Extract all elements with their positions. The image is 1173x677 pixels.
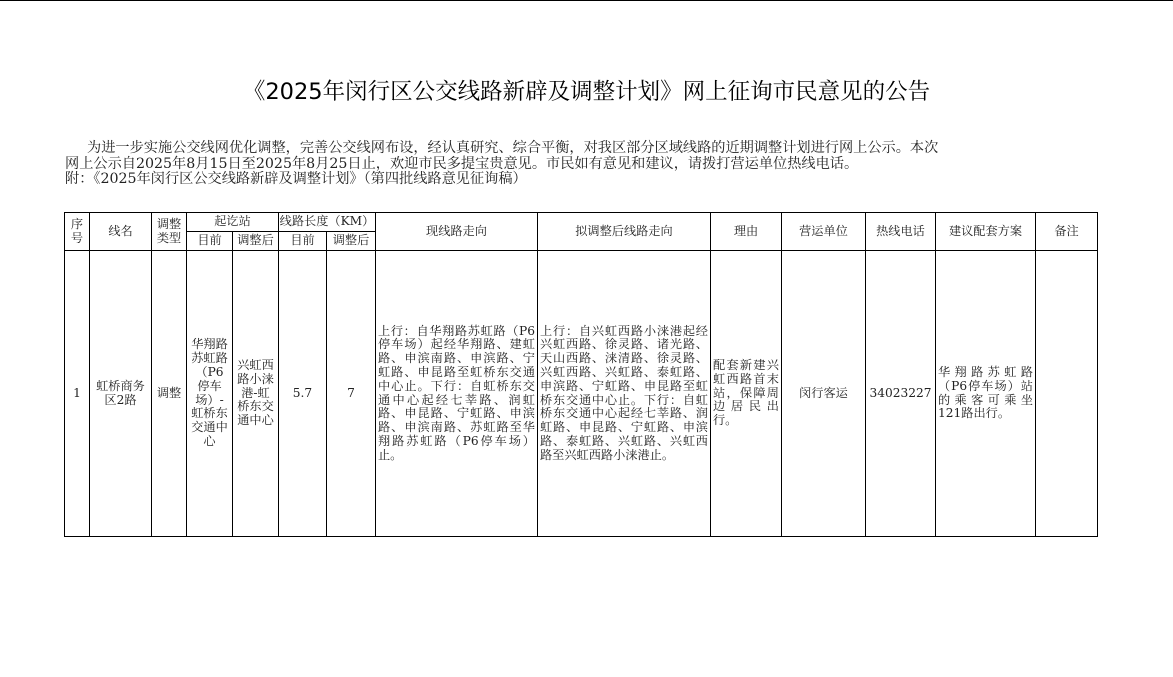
page-top-border: [0, 0, 1173, 1]
table-row: 1 虹桥商务区2路 调整 华翔路苏虹路（P6停车场）-虹桥东交通中心 兴虹西路小…: [65, 251, 1098, 537]
header-terminals-after: 调整后: [233, 232, 279, 251]
cell-suggestion: 华翔路苏虹路（P6停车场）站的乘客可乘坐121路出行。: [936, 251, 1036, 537]
cell-length-after: 7: [327, 251, 376, 537]
header-proposed-route: 拟调整后线路走向: [538, 213, 711, 251]
cell-length-current: 5.7: [279, 251, 327, 537]
header-length-current: 目前: [279, 232, 327, 251]
header-reason: 理由: [711, 213, 782, 251]
cell-adjust-type: 调整: [152, 251, 187, 537]
header-line-name: 线名: [90, 213, 152, 251]
document-title: 《2025年闵行区公交线路新辟及调整计划》网上征询市民意见的公告: [0, 74, 1173, 106]
cell-operator: 闵行客运: [782, 251, 866, 537]
header-seq: 序号: [65, 213, 90, 251]
header-terminals: 起讫站: [187, 213, 279, 232]
cell-line-name: 虹桥商务区2路: [90, 251, 152, 537]
header-remarks: 备注: [1036, 213, 1098, 251]
cell-terminals-after: 兴虹西路小涞港-虹桥东交通中心: [233, 251, 279, 537]
header-adjust-type: 调整类型: [152, 213, 187, 251]
table-header-row-1: 序号 线名 调整类型 起讫站 线路长度（KM） 现线路走向 拟调整后线路走向 理…: [65, 213, 1098, 232]
header-suggestion: 建议配套方案: [936, 213, 1036, 251]
intro-line-1: 为进一步实施公交线网优化调整，完善公交线网布设，经认真研究、综合平衡，对我区部分…: [65, 141, 1105, 157]
attachment-line: 附：《2025年闵行区公交线路新辟及调整计划》（第四批线路意见征询稿）: [65, 172, 1105, 188]
header-length: 线路长度（KM）: [279, 213, 376, 232]
intro-line-2: 网上公示自2025年8月15日至2025年8月25日止，欢迎市民多提宝贵意见。市…: [65, 157, 1105, 173]
header-terminals-current: 目前: [187, 232, 233, 251]
cell-seq: 1: [65, 251, 90, 537]
cell-remarks: [1036, 251, 1098, 537]
header-hotline: 热线电话: [866, 213, 936, 251]
cell-current-route: 上行：自华翔路苏虹路（P6停车场）起经华翔路、建虹路、申滨南路、申滨路、宁虹路、…: [376, 251, 538, 537]
header-operator: 营运单位: [782, 213, 866, 251]
cell-hotline: 34023227: [866, 251, 936, 537]
cell-reason: 配套新建兴虹西路首末站，保障周边居民出行。: [711, 251, 782, 537]
cell-proposed-route: 上行：自兴虹西路小涞港起经兴虹西路、徐灵路、诸光路、天山西路、涞清路、徐灵路、兴…: [538, 251, 711, 537]
header-length-after: 调整后: [327, 232, 376, 251]
cell-terminals-current: 华翔路苏虹路（P6停车场）-虹桥东交通中心: [187, 251, 233, 537]
route-adjustment-table: 序号 线名 调整类型 起讫站 线路长度（KM） 现线路走向 拟调整后线路走向 理…: [64, 212, 1098, 537]
header-current-route: 现线路走向: [376, 213, 538, 251]
intro-paragraph: 为进一步实施公交线网优化调整，完善公交线网布设，经认真研究、综合平衡，对我区部分…: [65, 141, 1105, 188]
